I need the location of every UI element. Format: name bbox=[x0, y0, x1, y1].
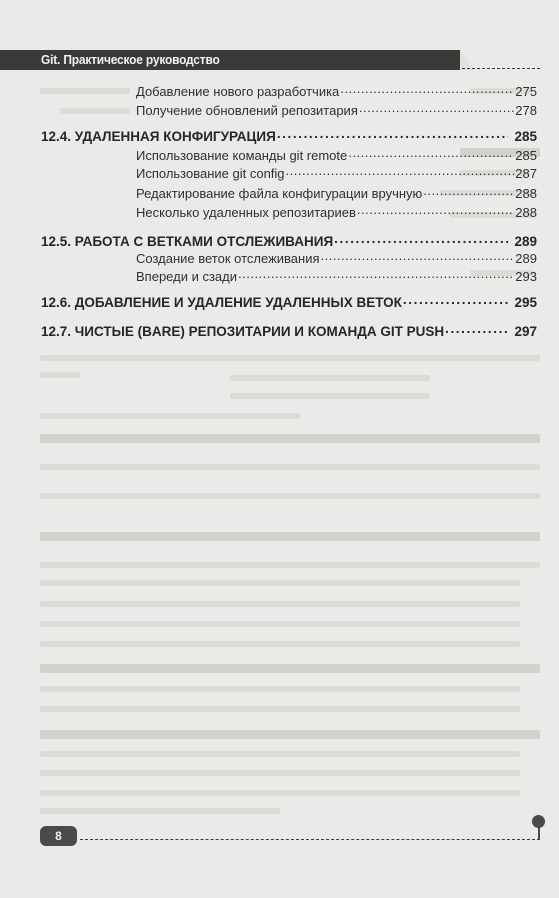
toc-entry-page: 288 bbox=[515, 205, 537, 220]
toc-entry-page: 288 bbox=[515, 186, 537, 201]
header-dotted-rule bbox=[462, 68, 540, 69]
toc-entry-page: 289 bbox=[515, 251, 537, 266]
pin-stem bbox=[538, 827, 540, 839]
toc-section[interactable]: 12.7. ЧИСТЫЕ (BARE) РЕПОЗИТАРИИ И КОМАНД… bbox=[41, 322, 537, 339]
toc-section-page: 289 bbox=[514, 234, 537, 249]
toc-entry[interactable]: Получение обновлений репозитария 278 bbox=[136, 102, 537, 118]
toc-section[interactable]: 12.4. УДАЛЕННАЯ КОНФИГУРАЦИЯ 285 bbox=[41, 127, 537, 144]
toc-entry-title: Добавление нового разработчика bbox=[136, 84, 339, 99]
dot-leader bbox=[340, 83, 514, 96]
dot-leader bbox=[359, 102, 514, 115]
toc-entry[interactable]: Впереди и сзади 293 bbox=[136, 268, 537, 284]
toc-entry[interactable]: Использование git config 287 bbox=[136, 165, 537, 181]
toc-entry-title: Использование git config bbox=[136, 166, 285, 181]
dot-leader bbox=[321, 250, 515, 263]
header-bar-notch bbox=[460, 50, 474, 70]
page-number-badge: 8 bbox=[40, 826, 77, 846]
toc-entry-title: Редактирование файла конфигурации вручну… bbox=[136, 186, 422, 201]
dot-leader bbox=[334, 232, 508, 246]
toc-entry-page: 293 bbox=[515, 269, 537, 284]
toc-entry-title: Получение обновлений репозитария bbox=[136, 103, 358, 118]
dot-leader bbox=[277, 127, 509, 141]
toc-section-page: 295 bbox=[514, 295, 537, 310]
toc-section[interactable]: 12.6. ДОБАВЛЕНИЕ И УДАЛЕНИЕ УДАЛЕННЫХ ВЕ… bbox=[41, 293, 537, 310]
toc-section-page: 285 bbox=[514, 129, 537, 144]
toc-section-title: 12.4. УДАЛЕННАЯ КОНФИГУРАЦИЯ bbox=[41, 129, 276, 144]
toc-entry-title: Создание веток отслеживания bbox=[136, 251, 320, 266]
footer-dotted-rule bbox=[80, 839, 540, 840]
dot-leader bbox=[403, 293, 509, 307]
dot-leader bbox=[423, 185, 514, 198]
toc-entry-page: 287 bbox=[515, 166, 537, 181]
toc-entry-title: Использование команды git remote bbox=[136, 148, 347, 163]
dot-leader bbox=[357, 204, 514, 217]
dot-leader bbox=[445, 322, 508, 336]
toc-entry-page: 285 bbox=[515, 148, 537, 163]
toc-section[interactable]: 12.5. РАБОТА С ВЕТКАМИ ОТСЛЕЖИВАНИЯ 289 bbox=[41, 232, 537, 249]
dot-leader bbox=[238, 268, 514, 281]
dot-leader bbox=[286, 165, 515, 178]
toc-section-title: 12.5. РАБОТА С ВЕТКАМИ ОТСЛЕЖИВАНИЯ bbox=[41, 234, 333, 249]
toc-entry-page: 275 bbox=[515, 84, 537, 99]
toc-entry[interactable]: Несколько удаленных репозитариев 288 bbox=[136, 204, 537, 220]
toc-entry-title: Впереди и сзади bbox=[136, 269, 237, 284]
toc-entry-title: Несколько удаленных репозитариев bbox=[136, 205, 356, 220]
toc-section-title: 12.7. ЧИСТЫЕ (BARE) РЕПОЗИТАРИИ И КОМАНД… bbox=[41, 324, 444, 339]
toc-entry[interactable]: Создание веток отслеживания 289 bbox=[136, 250, 537, 266]
dot-leader bbox=[348, 147, 514, 160]
toc-entry[interactable]: Использование команды git remote 285 bbox=[136, 147, 537, 163]
running-header-bar: Git. Практическое руководство bbox=[0, 50, 460, 70]
running-header-title: Git. Практическое руководство bbox=[41, 52, 220, 67]
toc-entry-page: 278 bbox=[515, 103, 537, 118]
toc-entry[interactable]: Редактирование файла конфигурации вручну… bbox=[136, 185, 537, 201]
toc-section-page: 297 bbox=[514, 324, 537, 339]
toc-section-title: 12.6. ДОБАВЛЕНИЕ И УДАЛЕНИЕ УДАЛЕННЫХ ВЕ… bbox=[41, 295, 402, 310]
toc-entry[interactable]: Добавление нового разработчика 275 bbox=[136, 83, 537, 99]
